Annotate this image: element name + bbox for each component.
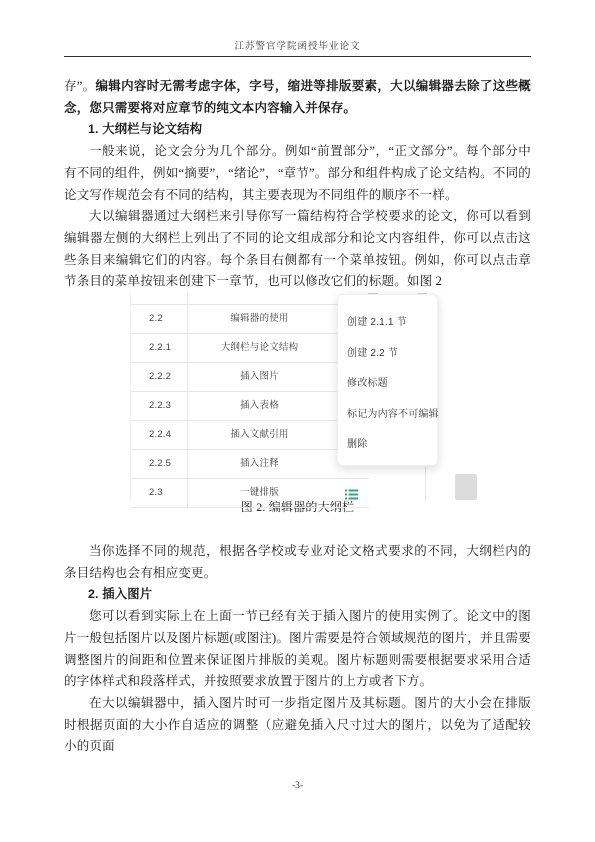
menu-item-create-subsection: 创建 2.1.1 节: [338, 308, 437, 339]
outline-row-title: 插入图片: [188, 366, 331, 388]
figure-2-outline-screenshot: 2.2 编辑器的使用 2.2.1 大纲栏与论文结构 2.2.2 插入图片 2.2…: [64, 293, 531, 500]
body-text: 存”。编辑内容时无需考虑字体，字号，缩进等排版要素，大以编辑器去除了这些概念，您…: [64, 76, 531, 758]
paragraph-1: 存”。编辑内容时无需考虑字体，字号，缩进等排版要素，大以编辑器去除了这些概念，您…: [64, 76, 531, 119]
outline-row-title: 大纲栏与论文结构: [188, 337, 331, 359]
outline-row-number: 2.2.5: [131, 450, 188, 478]
section-heading-2: 2. 插入图片: [64, 584, 531, 606]
menu-item-edit-title: 修改标题: [338, 369, 437, 400]
section-heading-1: 1. 大纲栏与论文结构: [64, 119, 531, 141]
paragraph-1-prefix: 存”。: [64, 79, 95, 93]
outline-row-number: 2.2.1: [131, 334, 188, 362]
outline-row: 2.2.2 插入图片: [131, 363, 369, 392]
outline-row-title: 插入表格: [188, 395, 331, 417]
outline-row-partial: [131, 293, 369, 305]
outline-row-title: 插入注释: [188, 453, 331, 475]
outline-row: 2.2.1 大纲栏与论文结构: [131, 334, 369, 363]
outline-row-number: 2.2.3: [131, 392, 188, 420]
paragraph-4: 当你选择不同的规范，根据各学校或专业对论文格式要求的不同，大纲栏内的条目结构也会…: [64, 541, 531, 584]
paragraph-2: 一般来说，论文会分为几个部分。例如“前置部分”，“正文部分”。每个部分中有不同的…: [64, 141, 531, 206]
paragraph-3: 大以编辑器通过大纲栏来引导你写一篇结构符合学校要求的论文，你可以看到编辑器左侧的…: [64, 206, 531, 293]
outline-row-title: 插入文献引用: [188, 424, 331, 446]
cropped-panel-fragment: [455, 474, 477, 500]
outline-row: 2.2.3 插入表格: [131, 392, 369, 421]
outline-row-number: 2.3: [131, 479, 188, 507]
outline-list: 2.2 编辑器的使用 2.2.1 大纲栏与论文结构 2.2.2 插入图片 2.2…: [130, 293, 369, 500]
outline-row-number: 2.2.2: [131, 363, 188, 391]
menu-item-delete: 删除: [338, 430, 437, 461]
document-page: 江苏警官学院函授毕业论文 存”。编辑内容时无需考虑字体，字号，缩进等排版要素，大…: [0, 0, 595, 842]
paragraph-5: 您可以看到实际上在上面一节已经有关于插入图片的使用实例了。论文中的图片一般包括图…: [64, 606, 531, 693]
outline-row: 2.2 编辑器的使用: [131, 305, 369, 334]
outline-row: 2.2.5 插入注释: [131, 450, 369, 479]
header-rule: [64, 56, 531, 57]
outline-row-title: 一键排版: [188, 482, 331, 504]
outline-row: 2.3 一键排版: [131, 479, 369, 508]
paragraph-6: 在大以编辑器中，插入图片时可一步指定图片及其标题。图片的大小会在排版时根据页面的…: [64, 693, 531, 758]
outline-row-number: 2.2: [131, 305, 188, 333]
outline-row-title: 编辑器的使用: [188, 308, 331, 330]
context-menu: 创建 2.1.1 节 创建 2.2 节 修改标题 标记为内容不可编辑 删除: [337, 294, 438, 466]
outline-row-number: 2.2.4: [131, 421, 188, 449]
paragraph-1-bold: 编辑内容时无需考虑字体，字号，缩进等排版要素，大以编辑器去除了这些概念，您只需要…: [64, 79, 531, 115]
outline-row: 2.2.4 插入文献引用: [131, 421, 369, 450]
menu-item-mark-uneditable: 标记为内容不可编辑: [338, 400, 437, 431]
page-number: -3-: [0, 781, 595, 791]
menu-item-create-section: 创建 2.2 节: [338, 339, 437, 370]
page-header-title: 江苏警官学院函授毕业论文: [64, 38, 531, 52]
cropped-panel-edge: [425, 467, 426, 500]
format-list-icon: [345, 487, 358, 498]
